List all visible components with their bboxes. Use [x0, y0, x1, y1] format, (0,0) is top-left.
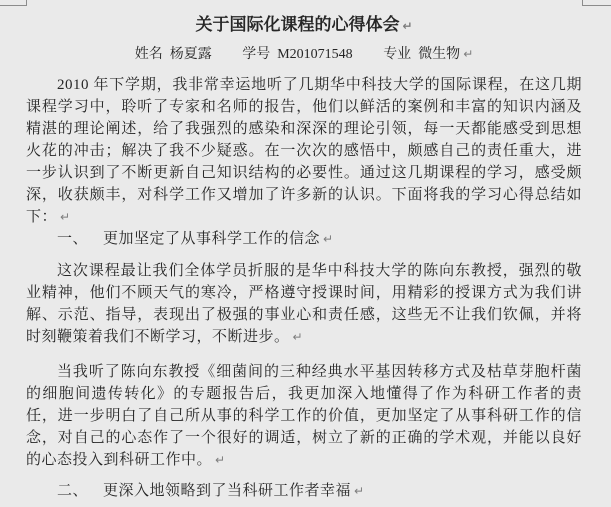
document-body-area: 关于国际化课程的心得体会↵ 姓名杨夏露 学号M201071548 专业微生物↵ …: [26, 0, 582, 502]
heading-section-2: 二、更深入地领略到了当科研工作者幸福↵: [26, 480, 582, 502]
paragraph-text: 2010 年下学期，我非常幸运地听了几期华中科技大学的国际课程，在这几期课程学习…: [26, 77, 582, 225]
paragraph-text: 这次课程最让我们全体学员折服的是华中科技大学的陈向东教授，强烈的敬业精神，他们不…: [26, 263, 582, 345]
heading-number: 一、: [57, 231, 88, 247]
paragraph-mark-icon: ↵: [463, 47, 473, 61]
paragraph-mark-icon: ↵: [60, 210, 70, 224]
byline-student-id-value: M201071548: [277, 47, 352, 62]
byline: 姓名杨夏露 学号M201071548 专业微生物↵: [26, 44, 582, 65]
paragraph-mark-icon: ↵: [323, 232, 333, 246]
byline-major-label: 专业: [383, 47, 411, 62]
byline-major: 专业微生物↵: [383, 44, 473, 65]
heading-section-1: 一、更加坚定了从事科学工作的信念↵: [26, 228, 582, 250]
paragraph-intro: 2010 年下学期，我非常幸运地听了几期华中科技大学的国际课程，在这几期课程学习…: [26, 74, 582, 228]
crop-mark-top-right-vertical: [582, 0, 583, 6]
paragraph-mark-icon: ↵: [354, 484, 364, 498]
paragraph-section-1a: 这次课程最让我们全体学员折服的是华中科技大学的陈向东教授，强烈的敬业精神，他们不…: [26, 260, 582, 348]
byline-major-value: 微生物: [418, 47, 460, 62]
byline-student-id-label: 学号: [242, 47, 270, 62]
heading-text: 更深入地领略到了当科研工作者幸福: [103, 483, 351, 499]
document-page: 关于国际化课程的心得体会↵ 姓名杨夏露 学号M201071548 专业微生物↵ …: [0, 0, 611, 507]
document-text: 2010 年下学期，我非常幸运地听了几期华中科技大学的国际课程，在这几期课程学习…: [26, 74, 582, 502]
paragraph-mark-icon: ↵: [215, 453, 225, 467]
document-title-text: 关于国际化课程的心得体会: [195, 15, 399, 34]
byline-name-label: 姓名: [135, 47, 163, 62]
heading-number: 二、: [57, 483, 88, 499]
paragraph-section-1b: 当我听了陈向东教授《细菌间的三种经典水平基因转移方式及枯草芽胞杆菌的细胞间遗传转…: [26, 361, 582, 471]
byline-student-id: 学号M201071548: [242, 45, 352, 65]
byline-name-value: 杨夏露: [170, 47, 212, 62]
paragraph-mark-icon: ↵: [402, 19, 412, 33]
heading-text: 更加坚定了从事科学工作的信念: [103, 231, 320, 247]
crop-mark-top-left-horizontal: [0, 5, 27, 6]
byline-name: 姓名杨夏露: [135, 45, 212, 65]
crop-mark-top-right-horizontal: [582, 5, 611, 6]
paragraph-text: 当我听了陈向东教授《细菌间的三种经典水平基因转移方式及枯草芽胞杆菌的细胞间遗传转…: [26, 364, 582, 468]
paragraph-mark-icon: ↵: [293, 330, 303, 344]
document-title: 关于国际化课程的心得体会↵: [26, 13, 582, 38]
